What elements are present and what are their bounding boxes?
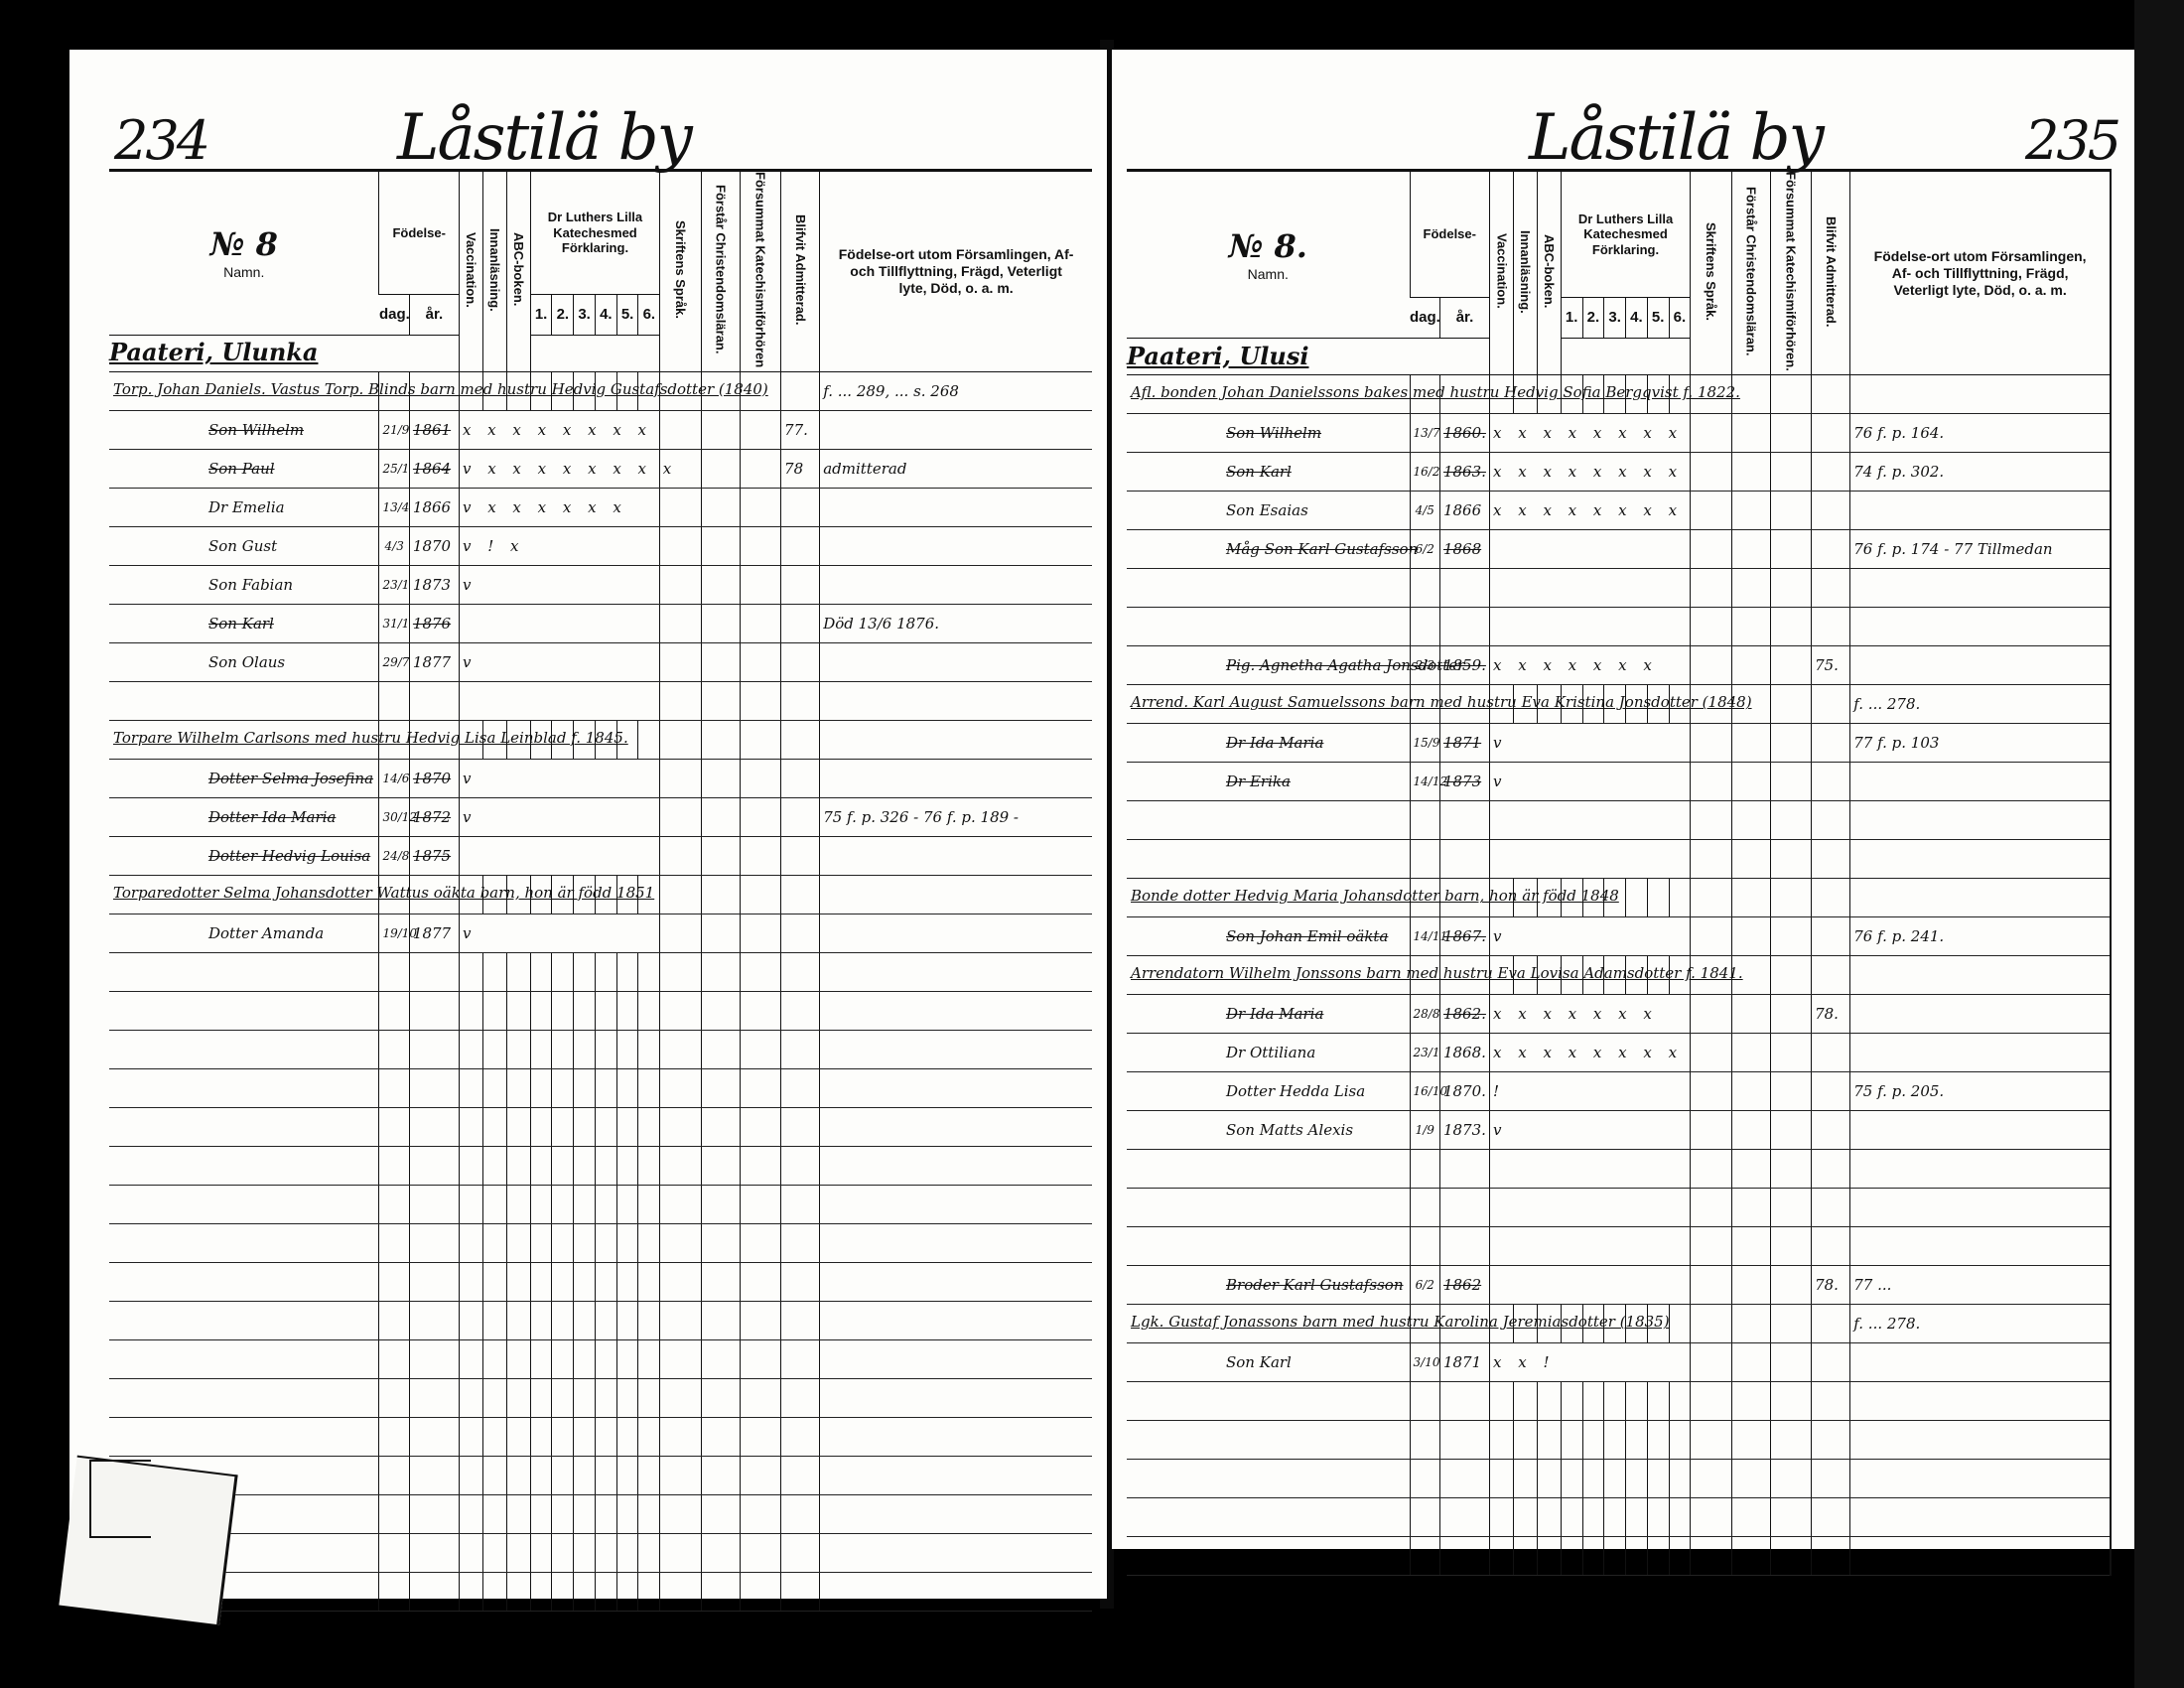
empty-cell	[1647, 1460, 1669, 1498]
header-name: № 8 Namn.	[109, 172, 379, 335]
empty-cell	[660, 1533, 701, 1572]
empty-cell	[781, 1068, 820, 1107]
empty-cell	[552, 952, 574, 991]
person-name: Måg Son Karl Gustafsson	[1127, 530, 1410, 569]
empty-cell	[552, 1456, 574, 1494]
empty-cell	[660, 1068, 701, 1107]
remarks-cell	[820, 914, 1092, 952]
empty-cell	[660, 565, 701, 604]
empty-cell	[1410, 1305, 1439, 1343]
empty-cell	[740, 991, 780, 1030]
empty-cell	[109, 952, 379, 991]
empty-cell	[1770, 724, 1811, 763]
empty-cell	[552, 1146, 574, 1185]
empty-cell	[1410, 1421, 1439, 1460]
empty-cell	[1812, 1382, 1850, 1421]
person-name: Son Paul	[109, 449, 379, 488]
empty-cell	[1626, 1382, 1648, 1421]
empty-cell	[482, 1146, 506, 1185]
empty-cell	[109, 1262, 379, 1301]
birth-day: 23/1	[379, 565, 409, 604]
empty-cell	[638, 1146, 660, 1185]
empty-cell	[552, 1068, 574, 1107]
remarks-cell: 74 f. p. 302.	[1850, 453, 2110, 492]
empty-cell	[1669, 1421, 1691, 1460]
birth-year: 1871	[1439, 1343, 1489, 1382]
left-page: 234 Låstilä by № 8 Namn. Födelse- Vaccin…	[69, 50, 1107, 1599]
empty-cell	[1770, 1305, 1811, 1343]
empty-cell	[1731, 1537, 1770, 1576]
table-row: Son Gust4/31870v ! x	[109, 526, 1092, 565]
table-row: Son Johan Emil oäkta14/111867.v76 f. p. …	[1127, 917, 2110, 956]
empty-cell	[1691, 763, 1731, 801]
progress-marks	[1490, 1266, 1691, 1305]
empty-cell	[1770, 569, 1811, 608]
empty-cell	[1731, 1382, 1770, 1421]
empty-cell	[1731, 1111, 1770, 1150]
progress-marks: v ! x	[459, 526, 659, 565]
empty-cell	[740, 1146, 780, 1185]
empty-cell	[1691, 1189, 1731, 1227]
birth-day: 28/8	[1410, 995, 1439, 1034]
birth-day: 3/10	[1410, 1343, 1439, 1382]
empty-cell	[781, 1572, 820, 1611]
empty-cell	[409, 1068, 459, 1107]
admitted-year: 78.	[1812, 995, 1850, 1034]
farm-name-cell: Paateri, Ulunka	[109, 335, 459, 371]
empty-cell	[1691, 1343, 1731, 1382]
empty-cell	[109, 1378, 379, 1417]
empty-cell	[1647, 1498, 1669, 1537]
empty-cell	[616, 1378, 638, 1417]
empty-cell	[595, 1223, 616, 1262]
progress-marks: v	[459, 914, 659, 952]
empty-cell	[1604, 1498, 1626, 1537]
empty-cell	[1669, 1382, 1691, 1421]
table-row: Arrendatorn Wilhelm Jonssons barn med hu…	[1127, 956, 2110, 995]
empty-cell	[701, 1378, 740, 1417]
header-cat-5: 5.	[1647, 298, 1669, 339]
remarks-cell	[820, 565, 1092, 604]
empty-cell	[530, 1456, 552, 1494]
empty-cell	[740, 1339, 780, 1378]
empty-cell	[1669, 375, 1691, 414]
admitted-year	[1812, 453, 1850, 492]
person-name: Dotter Amanda	[109, 914, 379, 952]
person-name: Son Wilhelm	[109, 410, 379, 449]
empty-cell	[506, 875, 530, 914]
remarks-cell	[820, 875, 1092, 914]
empty-cell	[1604, 375, 1626, 414]
remarks-cell: 75 f. p. 326 - 76 f. p. 189 -	[820, 797, 1092, 836]
remarks-cell	[820, 488, 1092, 526]
empty-cell	[595, 875, 616, 914]
header-cat-4: 4.	[1626, 298, 1648, 339]
header-reading: Innanläsning.	[1513, 172, 1537, 375]
empty-cell	[459, 1301, 482, 1339]
birth-day	[1410, 1150, 1439, 1189]
empty-cell	[740, 1572, 780, 1611]
birth-day: 15/9	[1410, 724, 1439, 763]
person-name: Dotter Selma Josefina	[109, 759, 379, 797]
empty-row	[109, 1301, 1092, 1339]
empty-cell	[574, 1223, 596, 1262]
empty-cell	[595, 991, 616, 1030]
empty-cell	[379, 371, 409, 410]
empty-cell	[1770, 608, 1811, 646]
empty-cell	[781, 875, 820, 914]
empty-cell	[506, 1572, 530, 1611]
empty-cell	[1647, 879, 1669, 917]
household-head-cell: Torp. Johan Daniels. Vastus Torp. Blinds…	[109, 371, 379, 410]
empty-row	[109, 1378, 1092, 1417]
empty-cell	[482, 1107, 506, 1146]
empty-cell	[109, 991, 379, 1030]
empty-cell	[701, 1068, 740, 1107]
empty-cell	[530, 1223, 552, 1262]
empty-cell	[638, 1068, 660, 1107]
person-name	[1127, 1189, 1410, 1227]
empty-cell	[1850, 1537, 2110, 1576]
empty-cell	[109, 1030, 379, 1068]
remarks-cell	[1850, 1034, 2110, 1072]
birth-day: 16/2	[1410, 453, 1439, 492]
empty-cell	[1561, 1382, 1582, 1421]
empty-cell	[1537, 1305, 1561, 1343]
empty-cell	[1770, 763, 1811, 801]
empty-cell	[552, 1494, 574, 1533]
empty-cell	[1731, 1421, 1770, 1460]
household-head-cell: Lgk. Gustaf Jonassons barn med hustru Ka…	[1127, 1305, 1410, 1343]
remarks-cell	[820, 681, 1092, 720]
birth-day	[1410, 569, 1439, 608]
empty-cell	[1561, 1460, 1582, 1498]
empty-cell	[1691, 530, 1731, 569]
empty-cell	[740, 1223, 780, 1262]
empty-cell	[482, 1494, 506, 1533]
empty-cell	[459, 1378, 482, 1417]
empty-cell	[595, 1301, 616, 1339]
empty-cell	[1604, 956, 1626, 995]
empty-cell	[616, 1185, 638, 1223]
empty-cell	[459, 1494, 482, 1533]
person-name: Broder Karl Gustafsson	[1127, 1266, 1410, 1305]
empty-cell	[1770, 1150, 1811, 1189]
header-birth-day: dag.	[379, 294, 409, 335]
birth-year: 1861	[409, 410, 459, 449]
empty-cell	[530, 1068, 552, 1107]
empty-cell	[820, 1030, 1092, 1068]
empty-cell	[1604, 1537, 1626, 1576]
empty-cell	[701, 991, 740, 1030]
birth-day	[1410, 801, 1439, 840]
empty-cell	[1626, 1460, 1648, 1498]
household-head-cell: Torparedotter Selma Johansdotter Wattus …	[109, 875, 379, 914]
empty-cell	[506, 991, 530, 1030]
empty-cell	[1647, 685, 1669, 724]
empty-cell	[1439, 375, 1489, 414]
header-cat-6: 6.	[638, 294, 660, 335]
empty-cell	[1731, 840, 1770, 879]
admitted-year	[781, 565, 820, 604]
empty-cell	[1770, 685, 1811, 724]
empty-cell	[109, 1107, 379, 1146]
empty-cell	[1691, 1150, 1731, 1189]
empty-cell	[530, 1262, 552, 1301]
empty-cell	[1439, 1421, 1489, 1460]
header-abc: ABC-boken.	[1537, 172, 1561, 375]
table-row: Son Paul25/11864v x x x x x x x x78admit…	[109, 449, 1092, 488]
empty-cell	[1691, 608, 1731, 646]
person-name: Pig. Agnetha Agatha Jonsdotter	[1127, 646, 1410, 685]
empty-cell	[701, 410, 740, 449]
empty-cell	[1731, 1189, 1770, 1227]
empty-cell	[109, 1185, 379, 1223]
empty-cell	[1410, 1382, 1439, 1421]
empty-cell	[379, 1494, 409, 1533]
empty-cell	[379, 1146, 409, 1185]
empty-cell	[660, 1494, 701, 1533]
empty-cell	[1439, 956, 1489, 995]
progress-marks: x x !	[1490, 1343, 1691, 1382]
empty-cell	[740, 952, 780, 991]
empty-cell	[781, 952, 820, 991]
empty-cell	[1770, 956, 1811, 995]
empty-cell	[740, 604, 780, 642]
empty-cell	[530, 1417, 552, 1456]
empty-cell	[616, 991, 638, 1030]
table-row: Dotter Amanda19/101877v	[109, 914, 1092, 952]
empty-cell	[574, 1339, 596, 1378]
empty-cell	[459, 1339, 482, 1378]
empty-cell	[552, 720, 574, 759]
empty-cell	[574, 875, 596, 914]
empty-cell	[409, 1494, 459, 1533]
empty-cell	[820, 1572, 1092, 1611]
empty-cell	[1691, 1111, 1731, 1150]
empty-cell	[1812, 1305, 1850, 1343]
empty-cell	[701, 875, 740, 914]
empty-cell	[781, 1494, 820, 1533]
empty-cell	[379, 1417, 409, 1456]
birth-day: 13/7	[1410, 414, 1439, 453]
empty-cell	[638, 1378, 660, 1417]
admitted-year	[1812, 530, 1850, 569]
empty-cell	[1731, 1150, 1770, 1189]
person-name: Dr Ida Maria	[1127, 724, 1410, 763]
empty-cell	[506, 1262, 530, 1301]
empty-cell	[1770, 1266, 1811, 1305]
empty-cell	[379, 1262, 409, 1301]
progress-marks: x x x x x x x	[1490, 995, 1691, 1034]
village-title: Låstilä by	[1529, 101, 1823, 175]
empty-cell	[1669, 956, 1691, 995]
empty-cell	[1410, 685, 1439, 724]
empty-cell	[820, 1456, 1092, 1494]
remarks-cell: f. ... 278.	[1850, 685, 2110, 724]
empty-cell	[574, 1417, 596, 1456]
table-row: Son Wilhelm21/91861x x x x x x x x77.	[109, 410, 1092, 449]
empty-cell	[1812, 685, 1850, 724]
table-row: Torp. Johan Daniels. Vastus Torp. Blinds…	[109, 371, 1092, 410]
empty-cell	[740, 1494, 780, 1533]
empty-cell	[1669, 879, 1691, 917]
empty-cell	[660, 836, 701, 875]
empty-cell	[409, 1456, 459, 1494]
empty-cell	[740, 1030, 780, 1068]
empty-cell	[574, 1107, 596, 1146]
empty-cell	[530, 1533, 552, 1572]
admitted-year	[1812, 1227, 1850, 1266]
empty-row	[1127, 1421, 2110, 1460]
register-rows: Torp. Johan Daniels. Vastus Torp. Blinds…	[109, 371, 1092, 1611]
birth-year: 1870	[409, 526, 459, 565]
register-table: № 8. Namn. Födelse- Vaccination. Innanlä…	[1127, 169, 2112, 1576]
empty-cell	[1691, 1034, 1731, 1072]
empty-cell	[552, 1301, 574, 1339]
empty-cell	[409, 1572, 459, 1611]
birth-day: 6/2	[1410, 1266, 1439, 1305]
empty-cell	[409, 952, 459, 991]
admitted-year	[781, 604, 820, 642]
empty-cell	[781, 1378, 820, 1417]
empty-cell	[740, 720, 780, 759]
table-row: Son Esaias4/51866x x x x x x x x	[1127, 492, 2110, 530]
empty-cell	[595, 1572, 616, 1611]
empty-cell	[552, 1185, 574, 1223]
empty-cell	[701, 642, 740, 681]
empty-cell	[409, 1417, 459, 1456]
progress-marks	[1490, 1150, 1691, 1189]
empty-cell	[1647, 1421, 1669, 1460]
table-row: Pig. Agnetha Agatha Jonsdotter2/31859.x …	[1127, 646, 2110, 685]
table-row: Broder Karl Gustafsson6/2186278.77 ...	[1127, 1266, 2110, 1305]
empty-cell	[1770, 1498, 1811, 1537]
empty-cell	[530, 1185, 552, 1223]
table-row: Bonde dotter Hedvig Maria Johansdotter b…	[1127, 879, 2110, 917]
empty-cell	[1691, 414, 1731, 453]
empty-cell	[1561, 1421, 1582, 1460]
empty-cell	[482, 952, 506, 991]
person-name	[1127, 569, 1410, 608]
remarks-cell	[1850, 1111, 2110, 1150]
person-name: Son Wilhelm	[1127, 414, 1410, 453]
empty-cell	[1561, 1537, 1582, 1576]
progress-marks: x x x x x x x x	[1490, 453, 1691, 492]
admitted-year	[1812, 1072, 1850, 1111]
empty-cell	[638, 1417, 660, 1456]
admitted-year	[781, 526, 820, 565]
remarks-cell	[820, 836, 1092, 875]
empty-cell	[482, 1301, 506, 1339]
table-row: Dotter Hedvig Louisa24/81875	[109, 836, 1092, 875]
empty-cell	[1770, 453, 1811, 492]
empty-cell	[506, 1494, 530, 1533]
empty-cell	[482, 1378, 506, 1417]
empty-cell	[1561, 375, 1582, 414]
remarks-cell: 75 f. p. 205.	[1850, 1072, 2110, 1111]
birth-day: 31/1	[379, 604, 409, 642]
empty-cell	[638, 1030, 660, 1068]
farm-name-cell: Paateri, Ulusi	[1127, 339, 1490, 375]
empty-cell	[1731, 1305, 1770, 1343]
table-row: Dr Ida Maria28/81862.x x x x x x x78.	[1127, 995, 2110, 1034]
empty-cell	[701, 759, 740, 797]
empty-cell	[660, 991, 701, 1030]
empty-cell	[820, 1068, 1092, 1107]
empty-cell	[1731, 1343, 1770, 1382]
empty-cell	[638, 1533, 660, 1572]
empty-cell	[616, 1572, 638, 1611]
empty-cell	[740, 526, 780, 565]
empty-cell	[1731, 646, 1770, 685]
empty-cell	[1770, 995, 1811, 1034]
remarks-cell: Död 13/6 1876.	[820, 604, 1092, 642]
birth-year: 1877	[409, 914, 459, 952]
empty-cell	[740, 410, 780, 449]
empty-cell	[574, 371, 596, 410]
empty-cell	[660, 1572, 701, 1611]
empty-cell	[574, 1146, 596, 1185]
empty-cell	[409, 1223, 459, 1262]
empty-cell	[820, 1339, 1092, 1378]
empty-cell	[1731, 801, 1770, 840]
empty-cell	[1850, 1460, 2110, 1498]
birth-day: 14/12	[1410, 763, 1439, 801]
empty-cell	[638, 371, 660, 410]
header-cat-5: 5.	[616, 294, 638, 335]
empty-cell	[616, 720, 638, 759]
empty-cell	[482, 720, 506, 759]
empty-cell	[530, 720, 552, 759]
empty-cell	[1691, 1460, 1731, 1498]
empty-cell	[409, 1107, 459, 1146]
birth-year: 1866	[409, 488, 459, 526]
empty-cell	[1490, 1460, 1514, 1498]
header-abc: ABC-boken.	[506, 172, 530, 371]
empty-cell	[616, 1339, 638, 1378]
empty-cell	[638, 720, 660, 759]
empty-cell	[1604, 1460, 1626, 1498]
empty-cell	[616, 1456, 638, 1494]
empty-cell	[552, 1339, 574, 1378]
empty-row	[1127, 1460, 2110, 1498]
person-name	[1127, 608, 1410, 646]
remarks-cell	[1850, 1227, 2110, 1266]
empty-cell	[740, 1456, 780, 1494]
empty-cell	[459, 1262, 482, 1301]
birth-day: 23/1	[1410, 1034, 1439, 1072]
empty-cell	[1731, 569, 1770, 608]
empty-cell	[1127, 1498, 1410, 1537]
admitted-year	[1812, 840, 1850, 879]
empty-cell	[740, 565, 780, 604]
empty-cell	[1770, 1111, 1811, 1150]
empty-cell	[740, 1107, 780, 1146]
birth-day: 25/1	[379, 449, 409, 488]
table-row: Son Karl31/11876Död 13/6 1876.	[109, 604, 1092, 642]
person-name: Son Johan Emil oäkta	[1127, 917, 1410, 956]
empty-cell	[459, 720, 482, 759]
table-row: Lgk. Gustaf Jonassons barn med hustru Ka…	[1127, 1305, 2110, 1343]
empty-cell	[820, 1417, 1092, 1456]
empty-cell	[459, 1456, 482, 1494]
header-cat-6: 6.	[1669, 298, 1691, 339]
empty-cell	[660, 1223, 701, 1262]
empty-cell	[660, 1417, 701, 1456]
empty-cell	[409, 1533, 459, 1572]
empty-cell	[482, 1339, 506, 1378]
